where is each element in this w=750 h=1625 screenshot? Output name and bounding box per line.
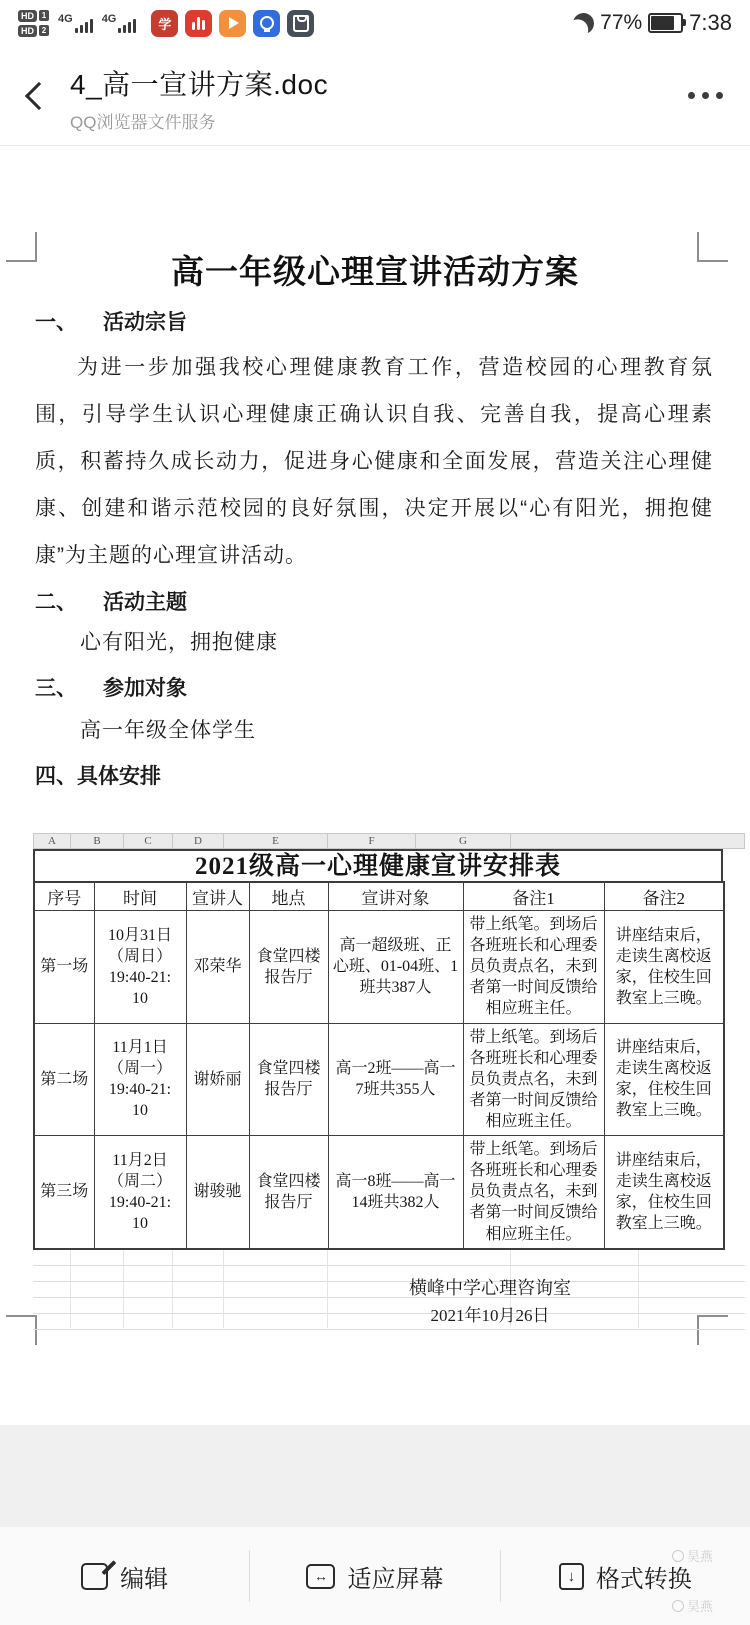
signal-bars-sim1 bbox=[75, 19, 93, 33]
header-audience: 宣讲对象 bbox=[328, 882, 463, 911]
edit-button[interactable]: 编辑 bbox=[0, 1527, 249, 1625]
clock-time: 7:38 bbox=[689, 10, 732, 36]
app-header: 4_高一宣讲方案.doc QQ浏览器文件服务 bbox=[0, 46, 750, 146]
header-time: 时间 bbox=[94, 882, 186, 911]
fit-screen-button[interactable]: ↔ 适应屏幕 bbox=[250, 1527, 499, 1625]
status-bar-right: 77% 7:38 bbox=[573, 10, 732, 36]
more-menu-button[interactable] bbox=[660, 46, 750, 145]
cell-speaker: 谢骏驰 bbox=[186, 1136, 249, 1249]
cell-note1: 带上纸笔。到场后各班班长和心理委员负责点名，未到者第一时间反馈给相应班主任。 bbox=[463, 911, 604, 1024]
table-row-1: 第一场 10月31日 （周日） 19:40-21: 10 邓荣华 食堂四楼报告厅… bbox=[34, 911, 724, 1024]
section-2-body: 心有阳光，拥抱健康 bbox=[80, 626, 278, 656]
cell-note1: 带上纸笔。到场后各班班长和心理委员负责点名，未到者第一时间反馈给相应班主任。 bbox=[463, 1023, 604, 1136]
network-type-sim1: 4G bbox=[58, 13, 73, 25]
cell-audience: 高一超级班、正心班、01-04班、1班共387人 bbox=[328, 911, 463, 1024]
file-download-icon: ↓ bbox=[559, 1563, 584, 1590]
cell-note2: 讲座结束后，走读生离校返家，住校生回教室上三晚。 bbox=[604, 1023, 724, 1136]
network-type-sim2: 4G bbox=[102, 13, 117, 25]
file-title: 4_高一宣讲方案.doc bbox=[70, 63, 660, 103]
back-chevron-icon bbox=[25, 81, 53, 109]
column-letter: E bbox=[224, 834, 328, 848]
background-gap bbox=[0, 1425, 750, 1527]
hd1-icon: HD 1 bbox=[18, 10, 49, 22]
night-mode-moon-icon bbox=[571, 11, 596, 36]
cell-time: 11月2日 （周二） 19:40-21: 10 bbox=[94, 1136, 186, 1249]
column-letter: B bbox=[71, 834, 124, 848]
cell-seq: 第三场 bbox=[34, 1136, 94, 1249]
column-letter: G bbox=[416, 834, 511, 848]
section-title: 参加对象 bbox=[103, 677, 187, 700]
header-titles: 4_高一宣讲方案.doc QQ浏览器文件服务 bbox=[70, 59, 660, 133]
status-bar-left: HD 1 HD 2 4G 4G 学 bbox=[18, 10, 314, 37]
watermark: 昊燕 bbox=[672, 1546, 713, 1565]
header-seq: 序号 bbox=[34, 882, 94, 911]
back-button[interactable] bbox=[0, 46, 70, 145]
table-title: 2021级高一心理健康宣讲安排表 bbox=[33, 849, 723, 881]
column-letter: F bbox=[328, 834, 416, 848]
dot-icon bbox=[702, 92, 709, 99]
table-header-row: 序号 时间 宣讲人 地点 宣讲对象 备注1 备注2 bbox=[34, 882, 724, 911]
section-number: 一、 bbox=[35, 306, 77, 336]
section-number: 三、 bbox=[35, 672, 77, 702]
cell-time: 10月31日 （周日） 19:40-21: 10 bbox=[94, 911, 186, 1024]
signature-line: 横峰中学心理咨询室 bbox=[180, 1274, 750, 1300]
battery-icon bbox=[648, 13, 683, 33]
section-heading-3: 三、参加对象 bbox=[35, 672, 187, 702]
section-3-body: 高一年级全体学生 bbox=[80, 714, 256, 744]
fit-screen-button-label: 适应屏幕 bbox=[347, 1559, 443, 1594]
column-letter: C bbox=[124, 834, 173, 848]
cell-note1: 带上纸笔。到场后各班班长和心理委员负责点名，未到者第一时间反馈给相应班主任。 bbox=[463, 1136, 604, 1249]
signal-strength-icon-sim1: 4G bbox=[58, 13, 93, 33]
cell-place: 食堂四楼报告厅 bbox=[249, 1136, 328, 1249]
section-heading-4: 四、具体安排 bbox=[35, 760, 161, 790]
cell-seq: 第一场 bbox=[34, 911, 94, 1024]
section-number: 四、 bbox=[35, 760, 77, 790]
schedule-spreadsheet: A B C D E F G 2021级高一心理健康宣讲安排表 序号 时间 宣讲人 bbox=[33, 833, 745, 1330]
cell-audience: 高一2班——高一7班共355人 bbox=[328, 1023, 463, 1136]
cell-place: 食堂四楼报告厅 bbox=[249, 911, 328, 1024]
column-letter: D bbox=[173, 834, 224, 848]
header-note2: 备注2 bbox=[604, 882, 724, 911]
section-title: 活动宗旨 bbox=[103, 311, 187, 334]
schedule-table: 序号 时间 宣讲人 地点 宣讲对象 备注1 备注2 第一场 10月31日 （周日… bbox=[33, 881, 725, 1250]
cell-speaker: 谢娇丽 bbox=[186, 1023, 249, 1136]
cell-place: 食堂四楼报告厅 bbox=[249, 1023, 328, 1136]
watermark-text: 昊燕 bbox=[687, 1596, 713, 1615]
cell-speaker: 邓荣华 bbox=[186, 911, 249, 1024]
document-title: 高一年级心理宣讲活动方案 bbox=[0, 246, 750, 293]
column-letter-filler bbox=[511, 834, 744, 848]
notification-app-icons: 学 bbox=[151, 10, 314, 37]
signal-strength-icon-sim2: 4G bbox=[102, 13, 137, 33]
hd2-label: HD bbox=[18, 25, 37, 37]
cell-seq: 第二场 bbox=[34, 1023, 94, 1136]
bottom-toolbar: 编辑 ↔ 适应屏幕 ↓ 格式转换 bbox=[0, 1527, 750, 1625]
orange-play-app-icon bbox=[219, 10, 246, 37]
app-icon-glyph: 学 bbox=[158, 14, 171, 33]
section-1-paragraph: 为进一步加强我校心理健康教育工作，营造校园的心理教育氛围，引导学生认识心理健康正… bbox=[35, 344, 713, 579]
spreadsheet-column-letters: A B C D E F G bbox=[33, 833, 745, 849]
edit-button-label: 编辑 bbox=[120, 1559, 168, 1594]
battery-percent: 77% bbox=[600, 11, 642, 35]
cell-time: 11月1日 （周一） 19:40-21: 10 bbox=[94, 1023, 186, 1136]
section-heading-1: 一、活动宗旨 bbox=[35, 306, 187, 336]
section-number: 二、 bbox=[35, 586, 77, 616]
hd1-sim-number: 1 bbox=[39, 10, 49, 21]
document-page[interactable]: 高一年级心理宣讲活动方案 一、活动宗旨 为进一步加强我校心理健康教育工作，营造校… bbox=[0, 146, 750, 1425]
column-letter: A bbox=[34, 834, 71, 848]
lightbulb-glyph bbox=[260, 16, 274, 30]
empty-spreadsheet-rows: 横峰中学心理咨询室 2021年10月26日 bbox=[33, 1250, 745, 1330]
play-triangle-glyph bbox=[229, 17, 239, 29]
xuexi-qiangguo-app-icon: 学 bbox=[151, 10, 178, 37]
dot-icon bbox=[688, 92, 695, 99]
watermark: 昊燕 bbox=[672, 1596, 713, 1615]
battery-fill bbox=[651, 16, 674, 30]
cell-audience: 高一8班——高一14班共382人 bbox=[328, 1136, 463, 1249]
status-bar: HD 1 HD 2 4G 4G 学 bbox=[0, 0, 750, 46]
dot-icon bbox=[716, 92, 723, 99]
header-note1: 备注1 bbox=[463, 882, 604, 911]
hd2-sim-number: 2 bbox=[39, 25, 49, 36]
fit-screen-icon: ↔ bbox=[306, 1564, 335, 1589]
bag-glyph bbox=[293, 15, 309, 32]
hd1-label: HD bbox=[18, 10, 37, 22]
file-source-subtitle: QQ浏览器文件服务 bbox=[70, 108, 660, 133]
header-place: 地点 bbox=[249, 882, 328, 911]
phone-screen: HD 1 HD 2 4G 4G 学 bbox=[0, 0, 750, 1625]
edit-pencil-icon bbox=[81, 1563, 108, 1590]
section-title: 具体安排 bbox=[77, 765, 161, 788]
blue-lightbulb-app-icon bbox=[253, 10, 280, 37]
header-speaker: 宣讲人 bbox=[186, 882, 249, 911]
hd2-icon: HD 2 bbox=[18, 25, 49, 37]
section-title: 活动主题 bbox=[103, 591, 187, 614]
wave-bars-glyph bbox=[192, 17, 205, 30]
signal-bars-sim2 bbox=[118, 19, 136, 33]
hd-indicators: HD 1 HD 2 bbox=[18, 10, 49, 37]
watermark-text: 昊燕 bbox=[687, 1546, 713, 1565]
date-line: 2021年10月26日 bbox=[180, 1301, 750, 1326]
section-heading-2: 二、活动主题 bbox=[35, 586, 187, 616]
table-row-3: 第三场 11月2日 （周二） 19:40-21: 10 谢骏驰 食堂四楼报告厅 … bbox=[34, 1136, 724, 1249]
red-music-app-icon bbox=[185, 10, 212, 37]
appgallery-app-icon bbox=[287, 10, 314, 37]
cell-note2: 讲座结束后，走读生离校返家，住校生回教室上三晚。 bbox=[604, 911, 724, 1024]
cell-note2: 讲座结束后，走读生离校返家，住校生回教室上三晚。 bbox=[604, 1136, 724, 1249]
table-row-2: 第二场 11月1日 （周一） 19:40-21: 10 谢娇丽 食堂四楼报告厅 … bbox=[34, 1023, 724, 1136]
